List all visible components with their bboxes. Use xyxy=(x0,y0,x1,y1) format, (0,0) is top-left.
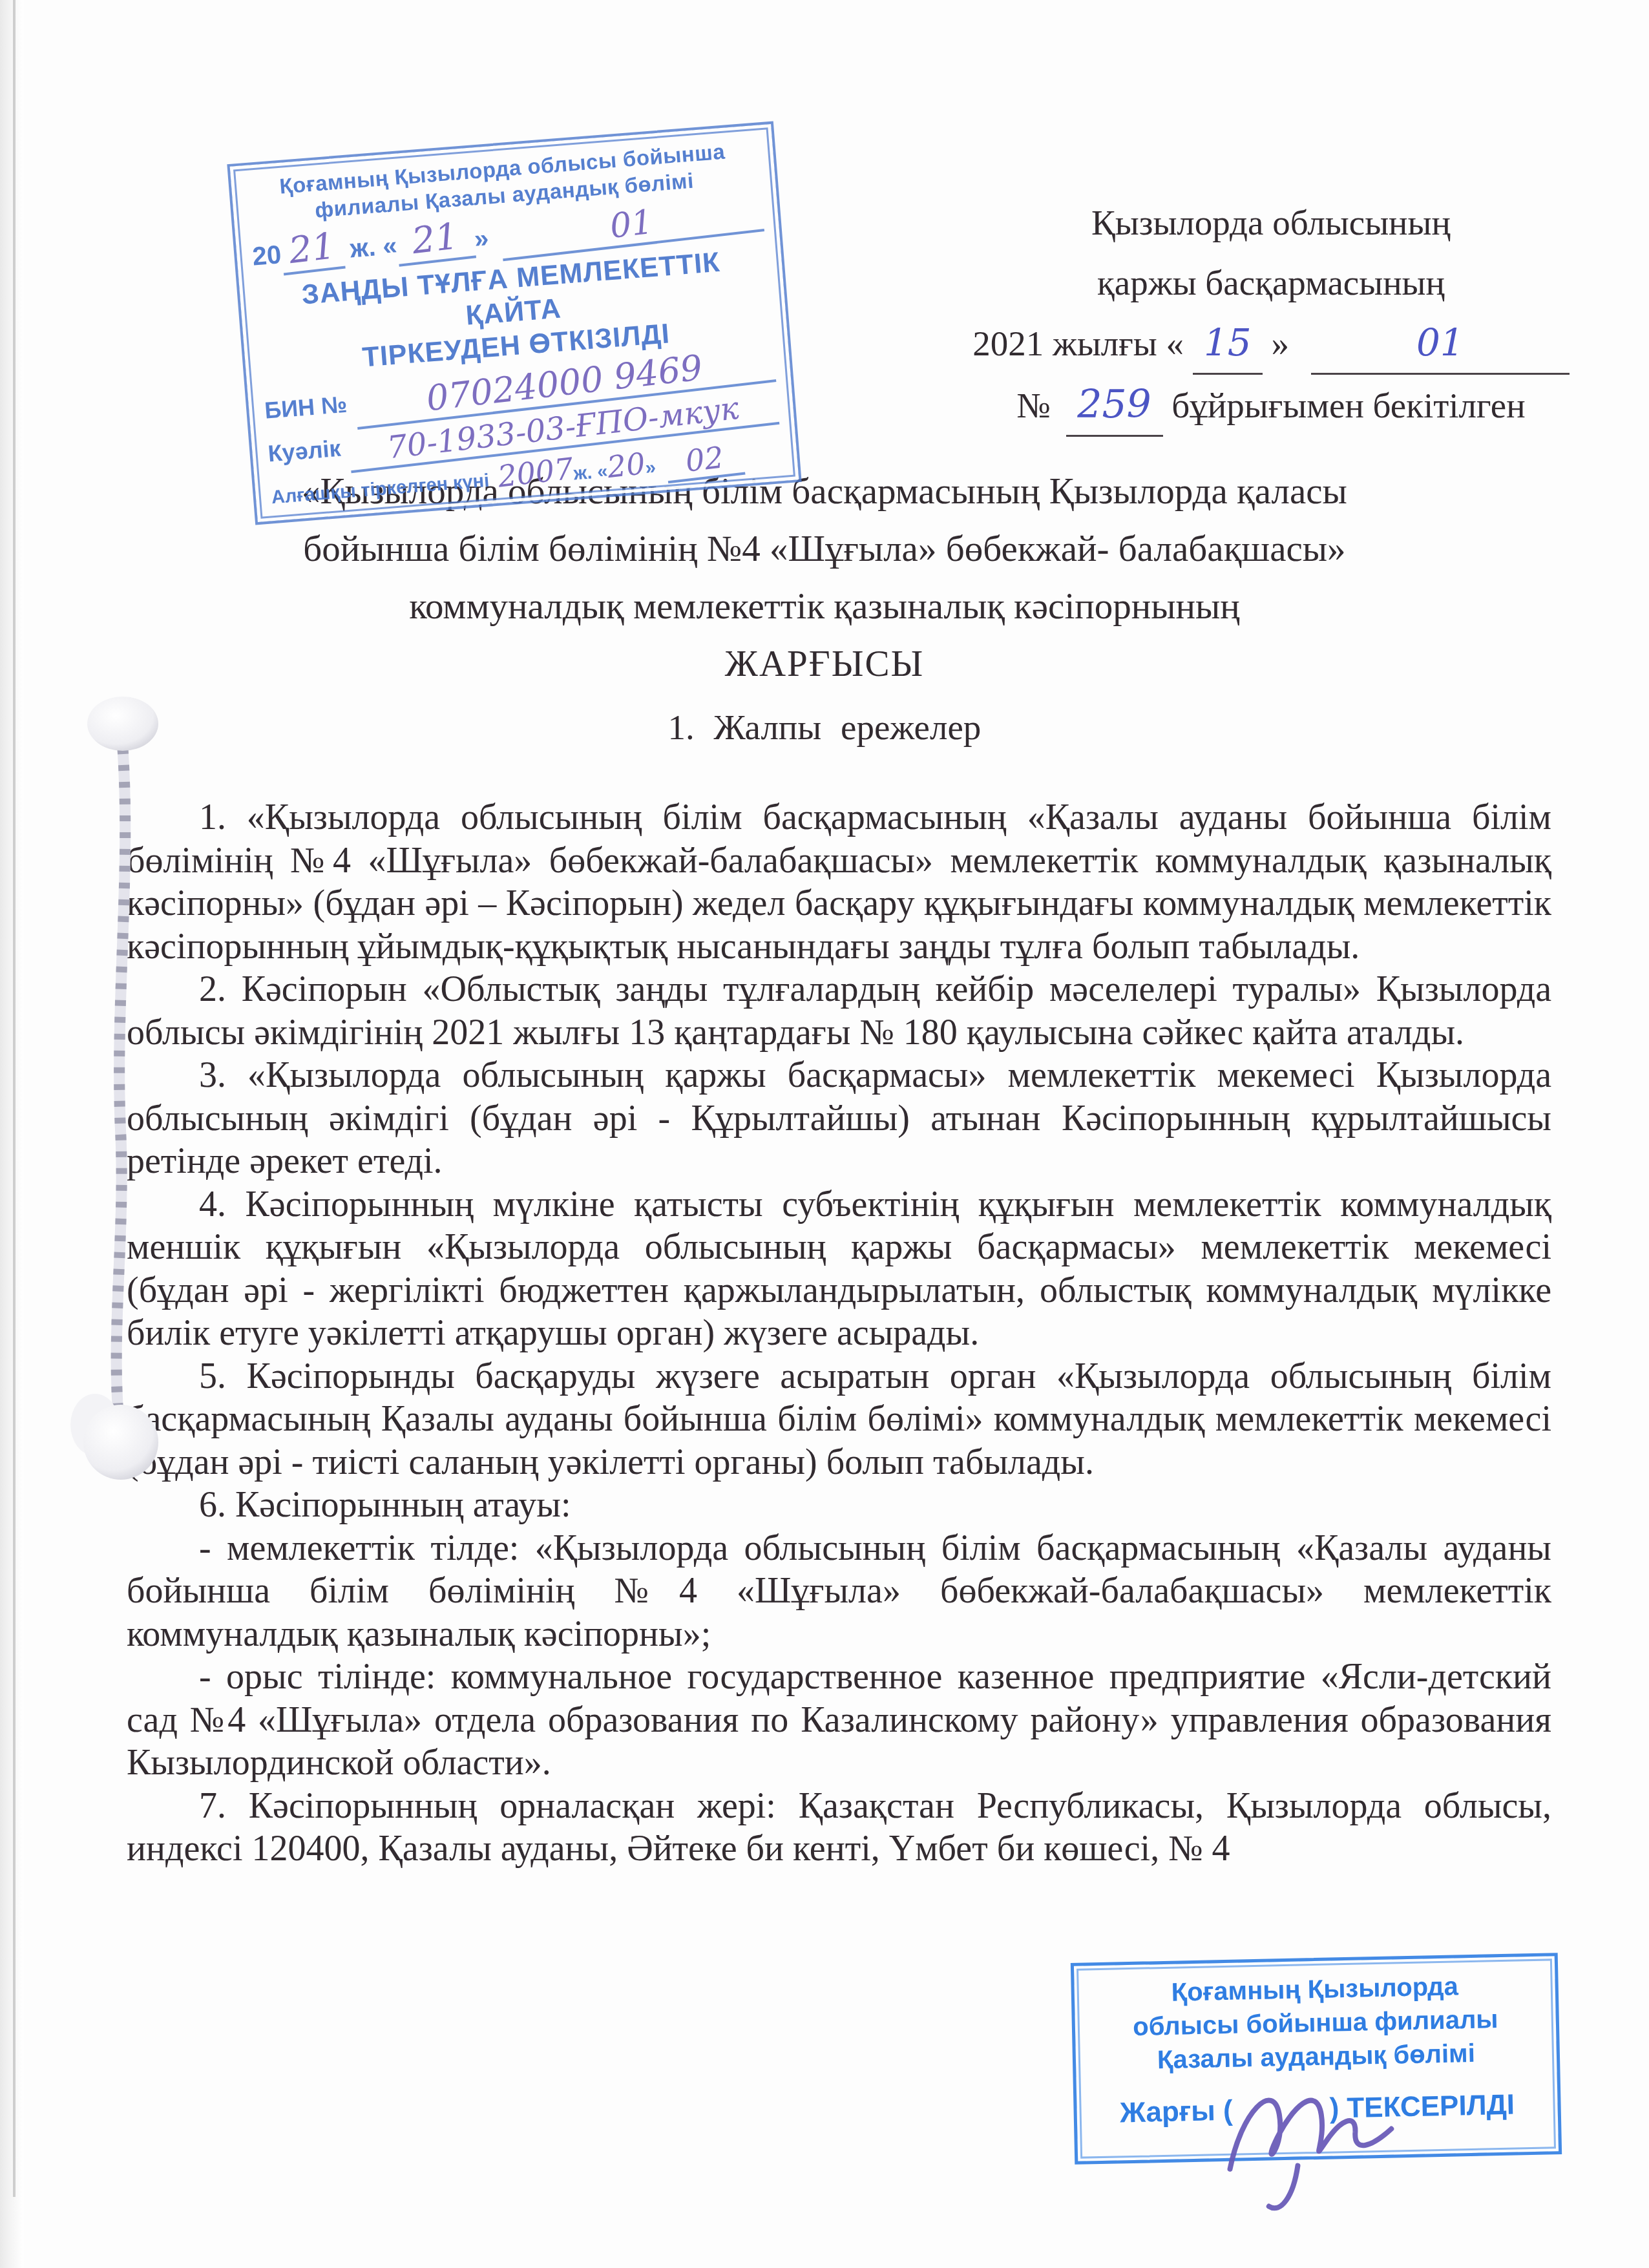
seal-bead-top xyxy=(87,697,158,751)
stamp-firstreg-day-handwritten: 20 xyxy=(605,446,647,485)
paragraph: - мемлекеттік тілде: «Қызылорда облысыны… xyxy=(127,1527,1551,1656)
approval-number-label: № xyxy=(1016,386,1050,425)
paragraph: 5. Кәсіпорынды басқаруды жүзеге асыратын… xyxy=(127,1355,1551,1484)
stamp-year-handwritten: 21 xyxy=(278,224,345,275)
approval-line2: қаржы басқармасының xyxy=(968,253,1574,313)
paragraph: 1. «Қызылорда облысының білім басқармасы… xyxy=(127,796,1551,968)
stamp-date-label: ж. « xyxy=(342,231,398,264)
title-line2: бойынша білім бөлімінің №4 «Шұғыла» бөбе… xyxy=(114,520,1535,578)
string-base xyxy=(116,748,125,1415)
scan-edge-shadow xyxy=(0,0,23,2268)
stamp-firstreg-year-handwritten: 2007 xyxy=(496,451,575,494)
approval-order-suffix: бұйрығымен бекітілген xyxy=(1171,386,1525,425)
approval-order-line: № 259 бұйрығымен бекітілген xyxy=(968,375,1574,437)
verification-stamp: Қоғамның Қызылорда облысы бойынша филиал… xyxy=(1071,1953,1562,2165)
approval-date-line: 2021 жылғы « 15 » 01 xyxy=(968,313,1574,375)
paragraph: - орыс тілінде: коммунальное государстве… xyxy=(127,1655,1551,1785)
stamp-firstreg-month-handwritten: 02 xyxy=(664,437,745,483)
seal-bead-bottom xyxy=(83,1405,158,1480)
paragraph: 7. Кәсіпорынның орналасқан жері: Қазақст… xyxy=(127,1785,1551,1871)
scan-edge-line xyxy=(13,0,16,2197)
section-heading: 1. Жалпы ережелер xyxy=(114,707,1535,748)
approval-line1: Қызылорда облысының xyxy=(968,193,1574,253)
approval-block: Қызылорда облысының қаржы басқармасының … xyxy=(968,193,1574,437)
stamp-bin-label: БИН № xyxy=(264,391,348,425)
paragraph: 4. Кәсіпорынның мүлкіне қатысты субъекті… xyxy=(127,1183,1551,1355)
signature-icon xyxy=(1197,2000,1447,2218)
stamp-quote-close: » xyxy=(473,224,490,255)
paragraph: 3. «Қызылорда облысының қаржы басқармасы… xyxy=(127,1054,1551,1183)
stamp-year-prefix: 20 xyxy=(251,240,282,271)
binding-string-icon xyxy=(55,672,197,1512)
document-body: 1. «Қызылорда облысының білім басқармасы… xyxy=(127,796,1551,1871)
paragraph: 6. Кәсіпорынның атауы: xyxy=(127,1484,1551,1527)
verification-check-line: Жарғы () ТЕКСЕРІЛДІ xyxy=(1077,2088,1558,2130)
stamp-firstreg-mid: ж. « xyxy=(573,461,609,485)
approval-month-handwritten: 01 xyxy=(1311,313,1570,375)
paragraph: 2. Кәсіпорын «Облыстық заңды тұлғалардың… xyxy=(127,968,1551,1054)
stamp-certificate-label: Куәлік xyxy=(267,435,342,468)
stamp-firstreg-label: Алғашқы тіркелген күні xyxy=(271,470,490,509)
scanned-charter-page: Қоғамның Қызылорда облысы бойынша филиал… xyxy=(0,0,1649,2268)
title-line3: коммуналдық мемлекеттік қазыналық кәсіпо… xyxy=(114,578,1535,635)
approval-day-handwritten: 15 xyxy=(1193,313,1263,375)
title-line4: ЖАРҒЫСЫ xyxy=(114,635,1535,693)
approval-number-handwritten: 259 xyxy=(1066,375,1163,437)
stamp-day-handwritten: 21 xyxy=(394,214,476,267)
registration-stamp: Қоғамның Қызылорда облысы бойынша филиал… xyxy=(227,121,801,525)
approval-date-prefix: 2021 жылғы « xyxy=(972,324,1184,363)
approval-date-close: » xyxy=(1272,324,1290,363)
